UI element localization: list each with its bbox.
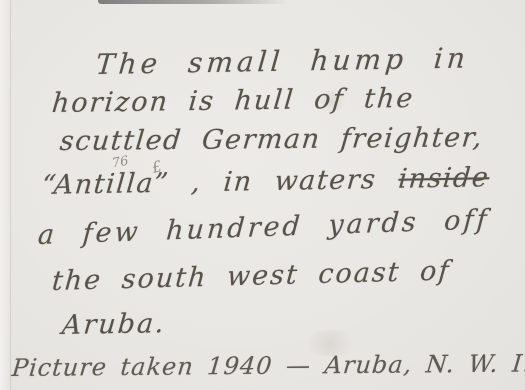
photo-back-paper: The small hump in horizon is hull of the… [0,0,525,390]
note-line-4: “Antilla” , in waters inside [41,162,491,201]
note-line-7: Aruba. [61,308,167,341]
note-line-1: The small hump in [95,41,471,81]
note-line-2: horizon is hull of the [51,83,416,119]
paper-crease-line [10,0,11,390]
paper-left-edge-highlight [0,0,10,390]
top-edge-smudge [98,0,288,4]
note-caption-line: Picture taken 1940 — Aruba, N. W. I. [11,349,525,382]
struck-word-inside: inside [397,162,490,195]
note-line-3: scuttled German freighter, [59,122,485,157]
note-line-6: the south west coast of [51,256,452,298]
note-line-5: a few hundred yards off [37,204,491,251]
note-line-4-text: “Antilla” , in waters [41,164,400,201]
